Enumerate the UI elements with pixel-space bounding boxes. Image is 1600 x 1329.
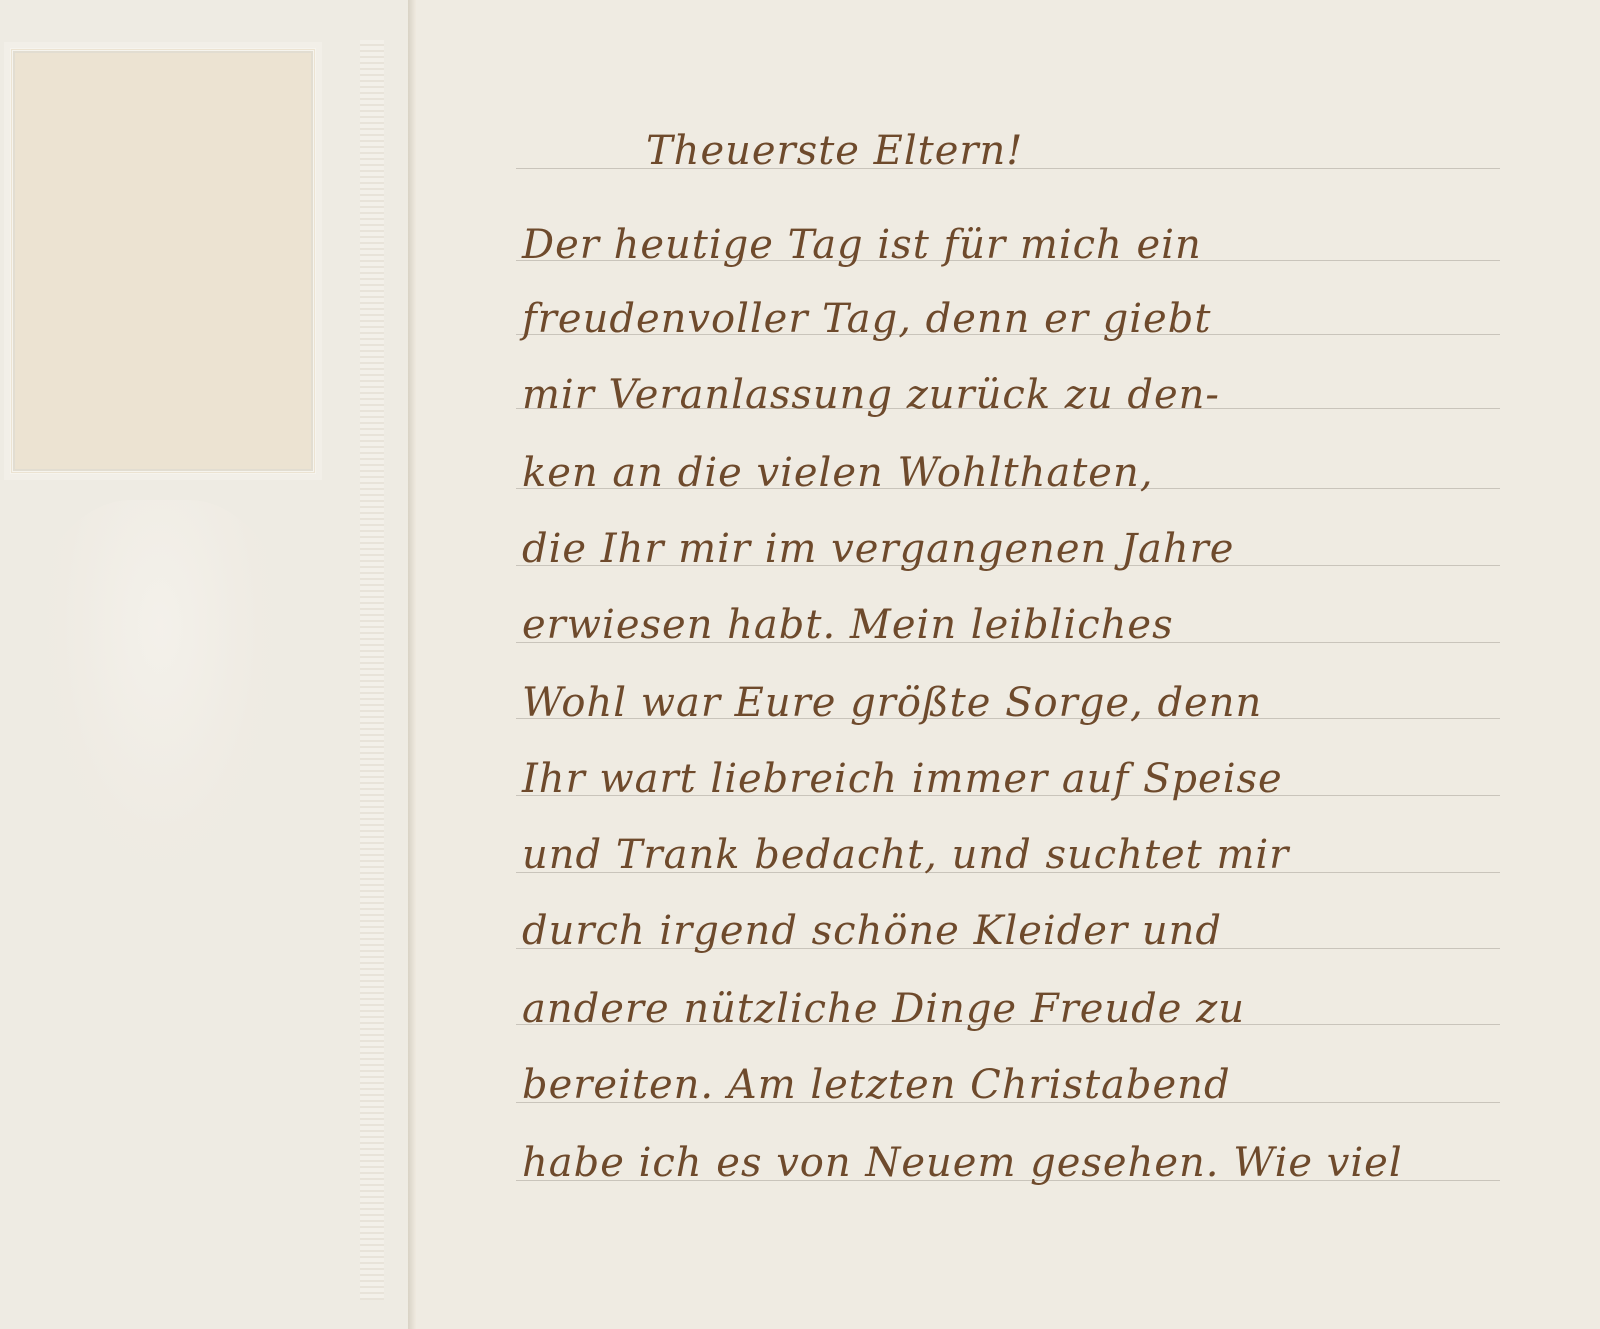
left-page-embossed <box>0 0 410 1329</box>
embossed-ornament <box>20 500 300 920</box>
embossed-frame <box>10 48 316 474</box>
letter-line: und Trank bedacht, und suchtet mir <box>522 832 1289 878</box>
letter-line: Wohl war Eure größte Sorge, denn <box>522 680 1262 726</box>
letter-line: freudenvoller Tag, denn er giebt <box>522 296 1211 342</box>
embossed-border-strip <box>360 40 384 1300</box>
letter-line: mir Veranlassung zurück zu den- <box>522 372 1220 418</box>
book-spread: Theuerste Eltern! Der heutige Tag ist fü… <box>0 0 1600 1329</box>
letter-line: ken an die vielen Wohlthaten, <box>522 450 1153 496</box>
letter-line: Ihr wart liebreich immer auf Speise <box>522 756 1283 802</box>
letter-line: erwiesen habt. Mein leibliches <box>522 602 1174 648</box>
letter-line: bereiten. Am letzten Christabend <box>522 1062 1231 1108</box>
letter-line: die Ihr mir im vergangenen Jahre <box>522 526 1234 572</box>
letter-line: andere nützliche Dinge Freude zu <box>522 986 1245 1032</box>
letter-line: durch irgend schöne Kleider und <box>522 908 1222 954</box>
letter-line: habe ich es von Neuem gesehen. Wie viel <box>522 1140 1403 1186</box>
letter-line: Der heutige Tag ist für mich ein <box>522 222 1202 268</box>
book-gutter <box>408 0 416 1329</box>
letter-page: Theuerste Eltern! Der heutige Tag ist fü… <box>416 0 1600 1329</box>
letter-salutation: Theuerste Eltern! <box>646 128 1023 174</box>
